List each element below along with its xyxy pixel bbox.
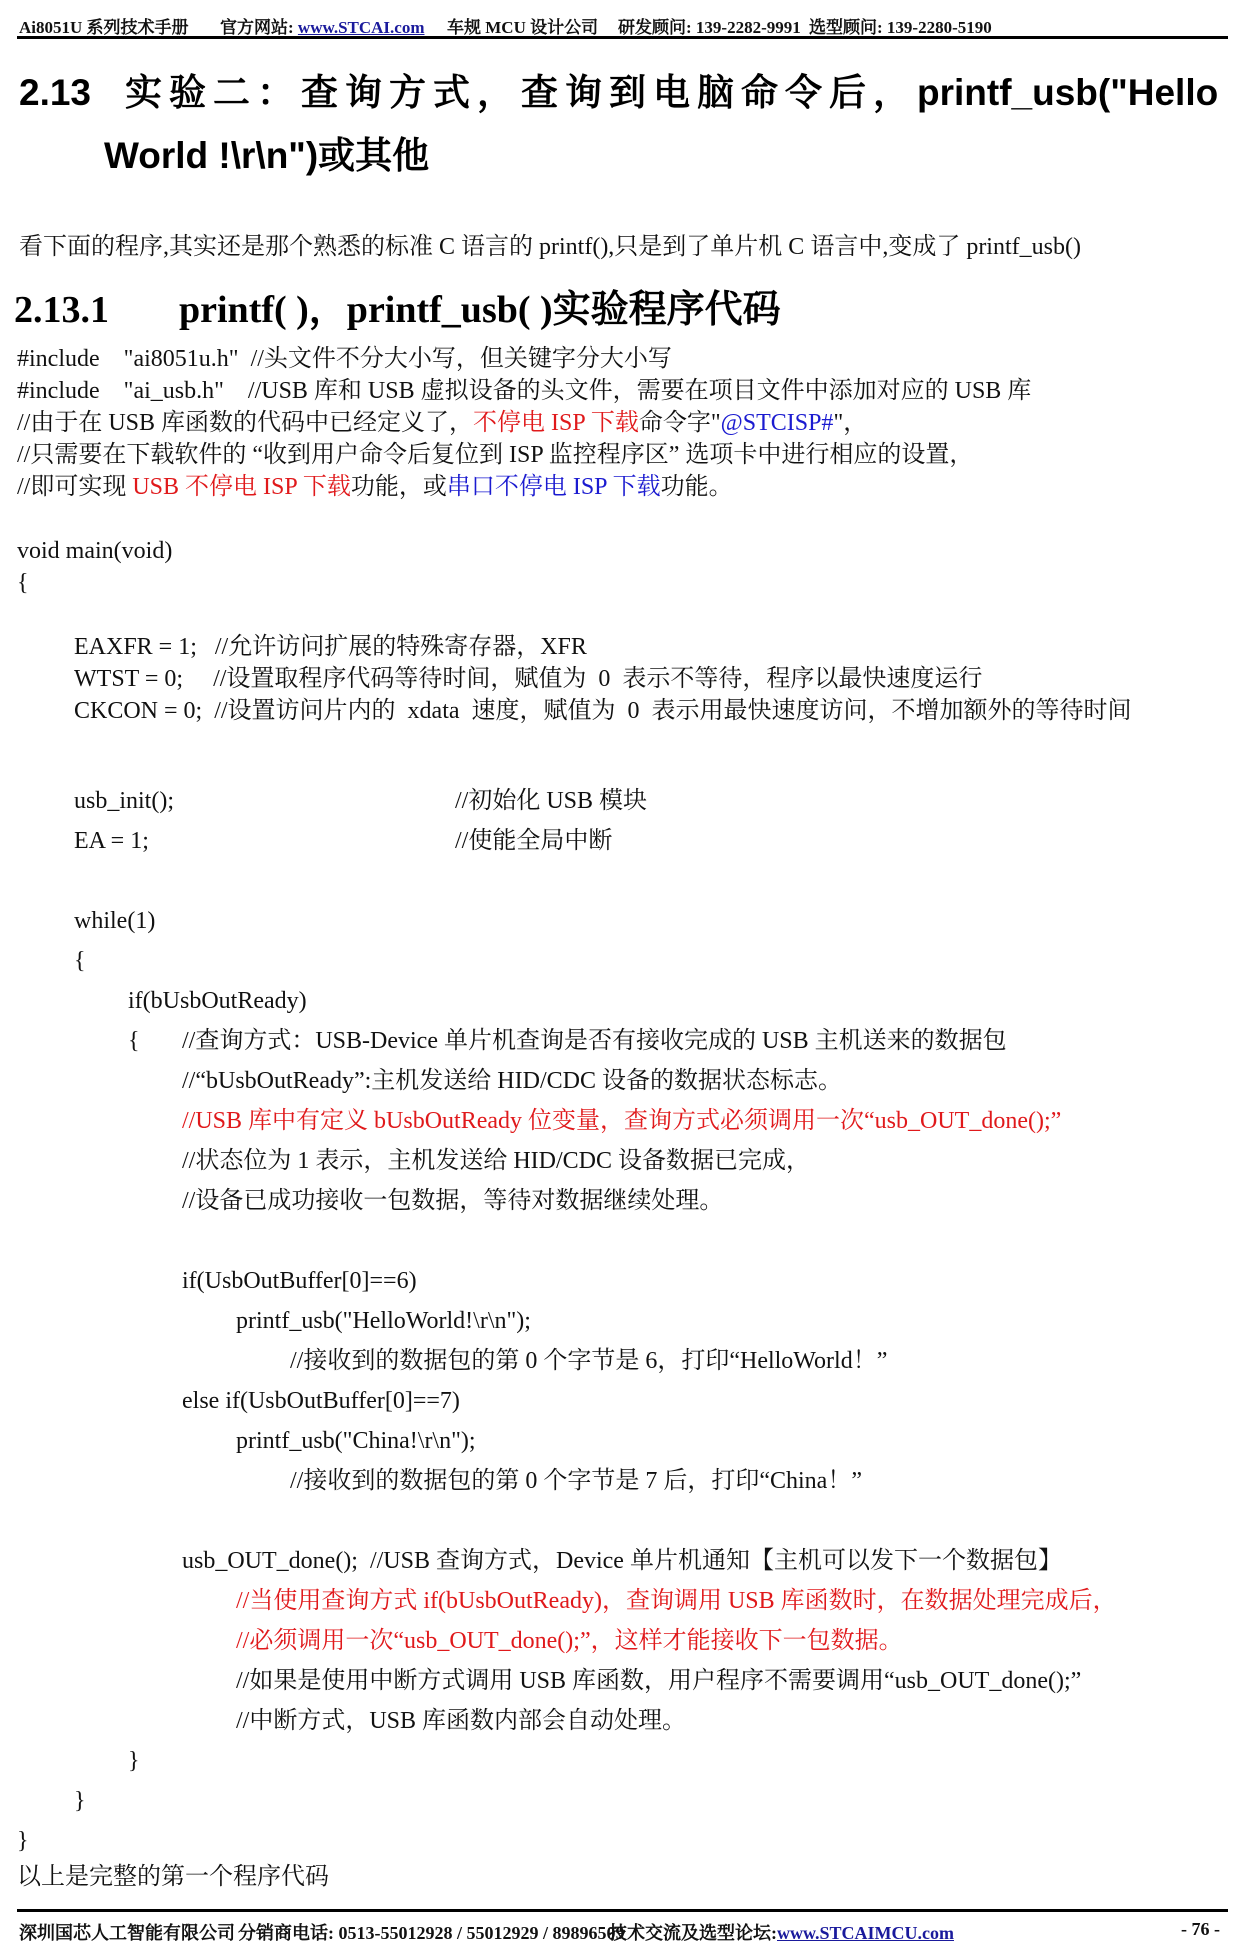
website-info: 官方网站: www.STCAI.com	[220, 13, 424, 38]
forum-label: 技术交流及选型论坛:	[609, 1923, 777, 1943]
code-usb-out-done: usb_OUT_done(); //USB 查询方式，Device 单片机通知【…	[182, 1546, 1062, 1576]
code-done-comment-2: //必须调用一次“usb_OUT_done();”，这样才能接收下一包数据。	[236, 1626, 903, 1656]
selection-advisor: 选型顾问: 139-2280-5190	[809, 13, 992, 38]
section-title: 2.13实验二：查询方式，查询到电脑命令后，printf_usb("Hello	[19, 62, 1218, 116]
code-ckcon: CKCON = 0; //设置访问片内的 xdata 速度，赋值为 0 表示用最…	[74, 696, 1132, 726]
code-done-comment-4: //中断方式，USB 库函数内部会自动处理。	[236, 1706, 686, 1736]
footer-distributor-phone: 分销商电话: 0513-55012928 / 55012929 / 898965…	[238, 1919, 625, 1945]
code-wtst: WTST = 0; //设置取程序代码等待时间，赋值为 0 表示不等待，程序以最…	[74, 664, 982, 694]
page-footer: 深圳国芯人工智能有限公司 分销商电话: 0513-55012928 / 5501…	[17, 1909, 1228, 1950]
code-done-comment-3: //如果是使用中断方式调用 USB 库函数，用户程序不需要调用“usb_OUT_…	[236, 1666, 1081, 1696]
footer-company: 深圳国芯人工智能有限公司	[19, 1919, 235, 1945]
code-comment-query-2: //“bUsbOutReady”:主机发送给 HID/CDC 设备的数据状态标志…	[182, 1066, 842, 1096]
section-title-cn: 实验二：查询方式，查询到电脑命令后，	[125, 72, 917, 113]
code-comment-query-5: //设备已成功接收一包数据，等待对数据继续处理。	[182, 1186, 723, 1216]
code-comment-isp-3: //即可实现 USB 不停电 ISP 下载功能，或串口不停电 ISP 下载功能。	[17, 472, 733, 502]
code-include-1: #include "ai8051u.h" //头文件不分大小写，但关键字分大小写	[17, 344, 672, 374]
code-if-ready: if(bUsbOutReady)	[128, 986, 307, 1016]
code-hello-comment: //接收到的数据包的第 0 个字节是 6，打印“HelloWorld！”	[290, 1346, 887, 1376]
code-comment-isp-1: //由于在 USB 库函数的代码中已经定义了，不停电 ISP 下载命令字"@ST…	[17, 408, 867, 438]
page-number: - 76 -	[1181, 1919, 1220, 1940]
code-elif-7: else if(UsbOutBuffer[0]==7)	[182, 1386, 460, 1416]
code-close-brace: }	[128, 1746, 140, 1776]
code-brace: {	[128, 1026, 140, 1056]
code-usb-init: usb_init();	[74, 786, 174, 816]
section-title-line2: World !\r\n")或其他	[104, 125, 429, 179]
page-header: Ai8051U 系列技术手册 官方网站: www.STCAI.com 车规 MC…	[17, 6, 1228, 39]
code-comment-isp-2: //只需要在下载软件的 “收到用户命令后复位到 ISP 监控程序区” 选项卡中进…	[17, 440, 973, 470]
code-brace: {	[17, 568, 29, 598]
code-print-hello: printf_usb("HelloWorld!\r\n");	[236, 1306, 531, 1336]
code-brace: {	[74, 946, 86, 976]
forum-link[interactable]: www.STCAIMCU.com	[777, 1923, 954, 1943]
code-china-comment: //接收到的数据包的第 0 个字节是 7 后，打印“China！”	[290, 1466, 862, 1496]
rd-advisor: 研发顾问: 139-2282-9991	[618, 13, 801, 38]
code-print-china: printf_usb("China!\r\n");	[236, 1426, 476, 1456]
subsection-title: 2.13.1printf( )，printf_usb( )实验程序代码	[14, 278, 781, 333]
footer-forum: 技术交流及选型论坛:www.STCAIMCU.com	[609, 1919, 954, 1945]
intro-paragraph: 看下面的程序,其实还是那个熟悉的标准 C 语言的 printf(),只是到了单片…	[19, 226, 1081, 261]
section-number: 2.13	[19, 72, 91, 113]
code-eaxfr: EAXFR = 1; //允许访问扩展的特殊寄存器，XFR	[74, 632, 587, 662]
subsection-title-text: printf( )，printf_usb( )实验程序代码	[179, 289, 781, 331]
subsection-number: 2.13.1	[14, 288, 179, 332]
code-comment-query-3: //USB 库中有定义 bUsbOutReady 位变量，查询方式必须调用一次“…	[182, 1106, 1061, 1136]
code-if-6: if(UsbOutBuffer[0]==6)	[182, 1266, 417, 1296]
code-while: while(1)	[74, 906, 155, 936]
code-comment-query-1: //查询方式：USB-Device 单片机查询是否有接收完成的 USB 主机送来…	[182, 1026, 1007, 1056]
closing-text: 以上是完整的第一个程序代码	[17, 1862, 329, 1892]
code-main-signature: void main(void)	[17, 536, 172, 566]
section-title-en: printf_usb("Hello	[917, 72, 1218, 113]
manual-title: Ai8051U 系列技术手册	[19, 13, 189, 38]
code-ea: EA = 1;	[74, 826, 149, 856]
code-ea-comment: //使能全局中断	[455, 826, 612, 856]
code-close-brace: }	[74, 1786, 86, 1816]
code-comment-query-4: //状态位为 1 表示，主机发送给 HID/CDC 设备数据已完成，	[182, 1146, 810, 1176]
code-usb-init-comment: //初始化 USB 模块	[455, 786, 647, 816]
code-include-2: #include "ai_usb.h" //USB 库和 USB 虚拟设备的头文…	[17, 376, 1031, 406]
website-link[interactable]: www.STCAI.com	[298, 18, 425, 37]
code-close-brace: }	[17, 1826, 29, 1856]
company-tag: 车规 MCU 设计公司	[447, 13, 598, 38]
code-done-comment-1: //当使用查询方式 if(bUsbOutReady)，查询调用 USB 库函数时…	[236, 1586, 1117, 1616]
website-label: 官方网站:	[220, 18, 298, 37]
